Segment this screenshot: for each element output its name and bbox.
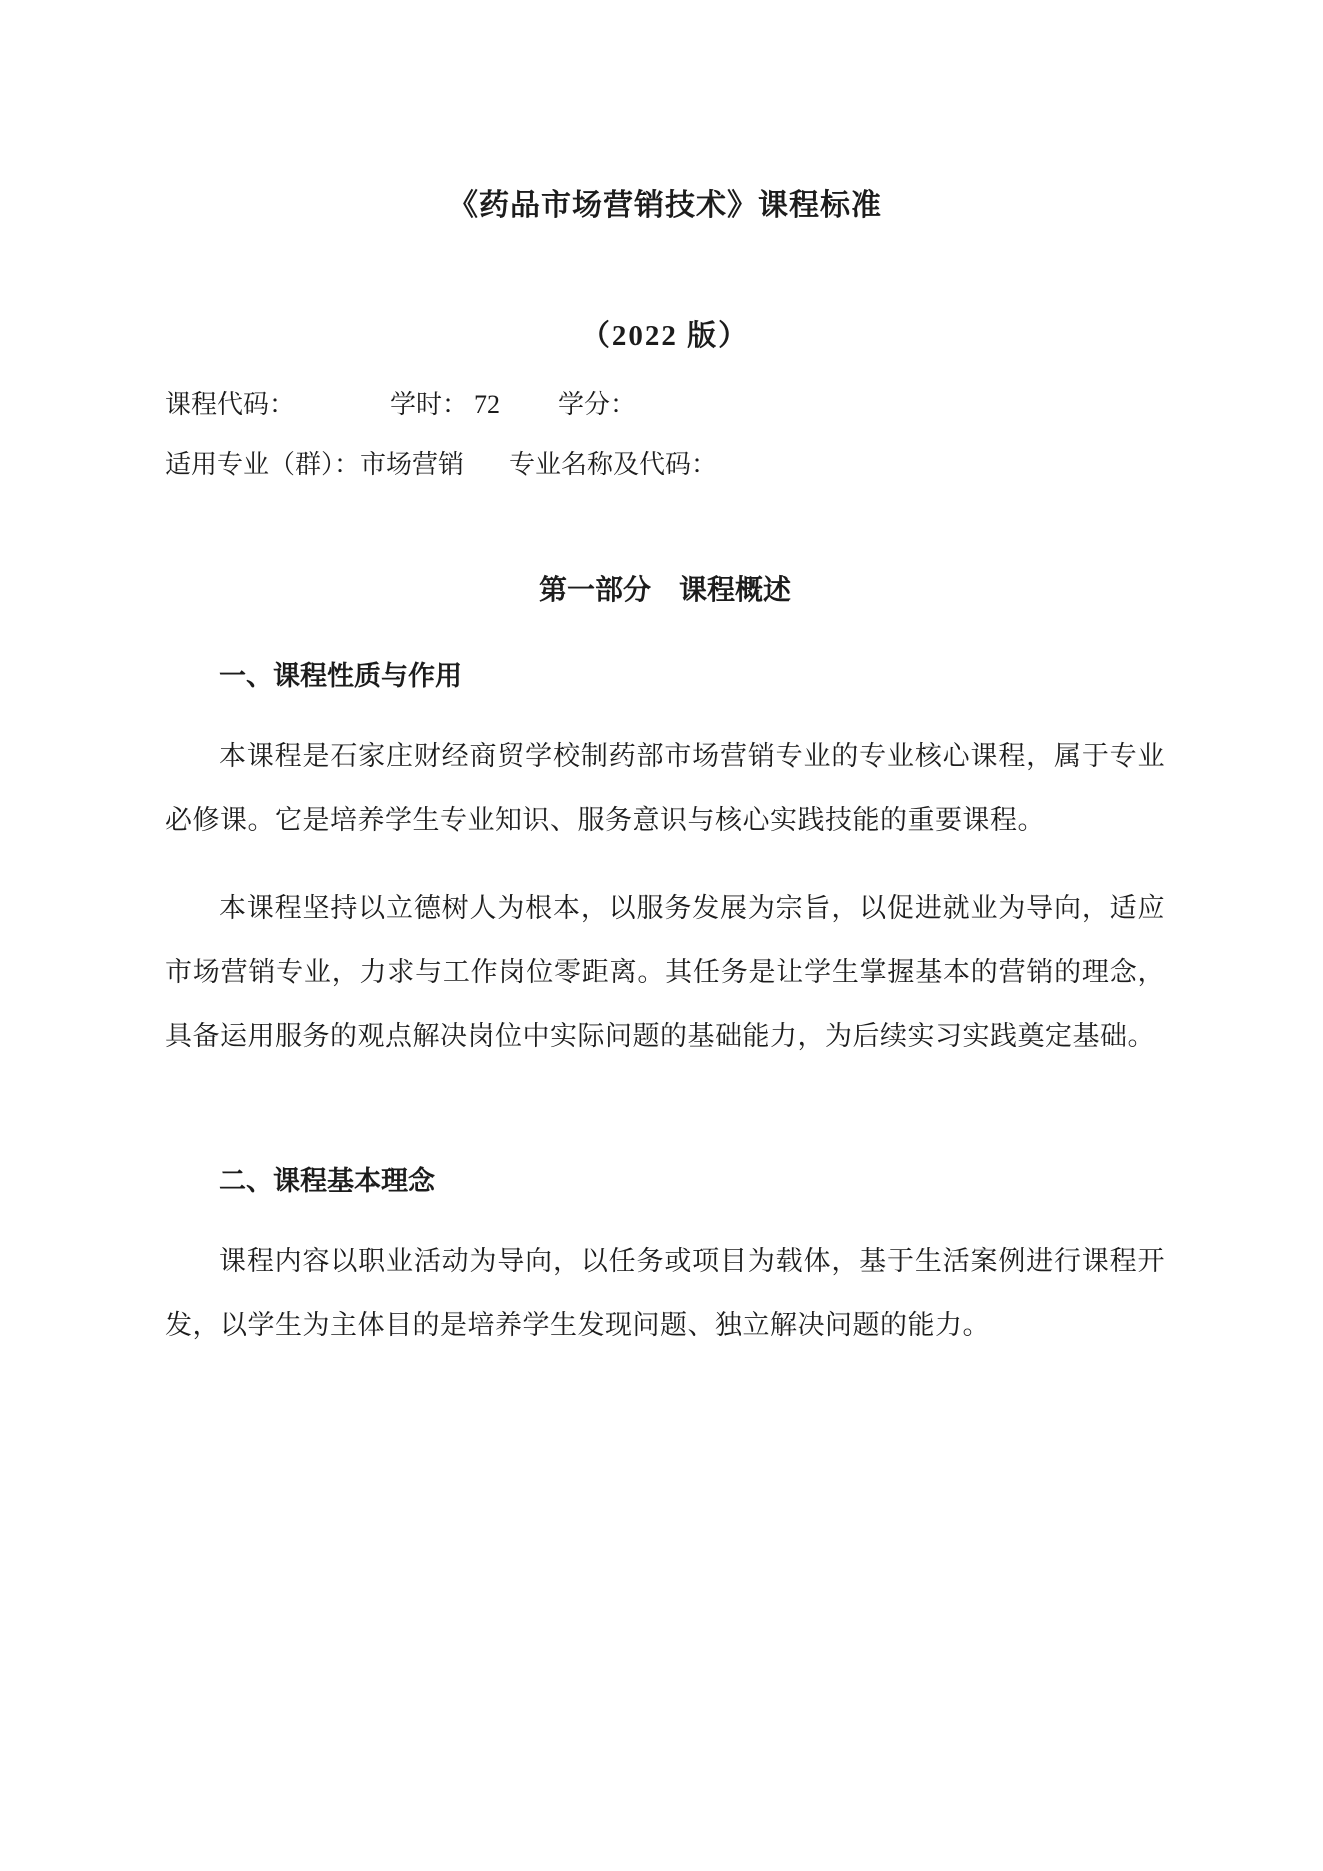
applicable-major-label: 适用专业（群）： bbox=[165, 450, 360, 479]
paragraph-course-nature-2: 本课程坚持以立德树人为根本，以服务发展为宗旨，以促进就业为导向，适应市场营销专业… bbox=[165, 876, 1165, 1068]
meta-line-course-info: 课程代码：学时：72学分： bbox=[165, 375, 1165, 435]
meta-line-major-info: 适用专业（群）：市场营销专业名称及代码： bbox=[165, 435, 1165, 495]
section-heading-course-concept: 二、课程基本理念 bbox=[165, 1163, 1165, 1199]
hours-label: 学时： bbox=[390, 390, 468, 419]
applicable-major-value: 市场营销 bbox=[360, 450, 464, 479]
section-heading-course-nature: 一、课程性质与作用 bbox=[165, 658, 1165, 694]
paragraph-course-concept-1: 课程内容以职业活动为导向，以任务或项目为载体，基于生活案例进行课程开发，以学生为… bbox=[165, 1229, 1165, 1357]
credits-label: 学分： bbox=[558, 390, 636, 419]
course-meta: 课程代码：学时：72学分： 适用专业（群）：市场营销专业名称及代码： bbox=[165, 375, 1165, 495]
document-page: 《药品市场营销技术》课程标准 （2022 版） 课程代码：学时：72学分： 适用… bbox=[0, 0, 1323, 1871]
document-subtitle: （2022 版） bbox=[165, 315, 1165, 357]
hours-value: 72 bbox=[474, 390, 500, 419]
paragraph-course-nature-1: 本课程是石家庄财经商贸学校制药部市场营销专业的专业核心课程，属于专业必修课。它是… bbox=[165, 724, 1165, 852]
course-code-label: 课程代码： bbox=[165, 390, 295, 419]
major-name-code-label: 专业名称及代码： bbox=[509, 450, 717, 479]
document-title: 《药品市场营销技术》课程标准 bbox=[165, 185, 1165, 227]
part1-heading: 第一部分 课程概述 bbox=[165, 570, 1165, 610]
